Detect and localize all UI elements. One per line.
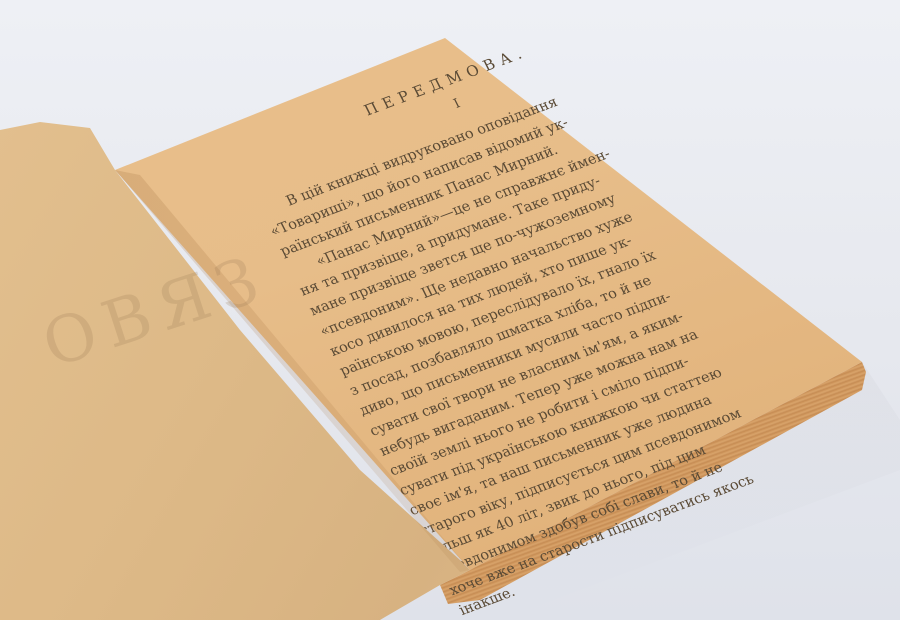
book-photo: ПЕРЕДМОВА. I В цій книжці видруковано оп… — [0, 0, 900, 620]
